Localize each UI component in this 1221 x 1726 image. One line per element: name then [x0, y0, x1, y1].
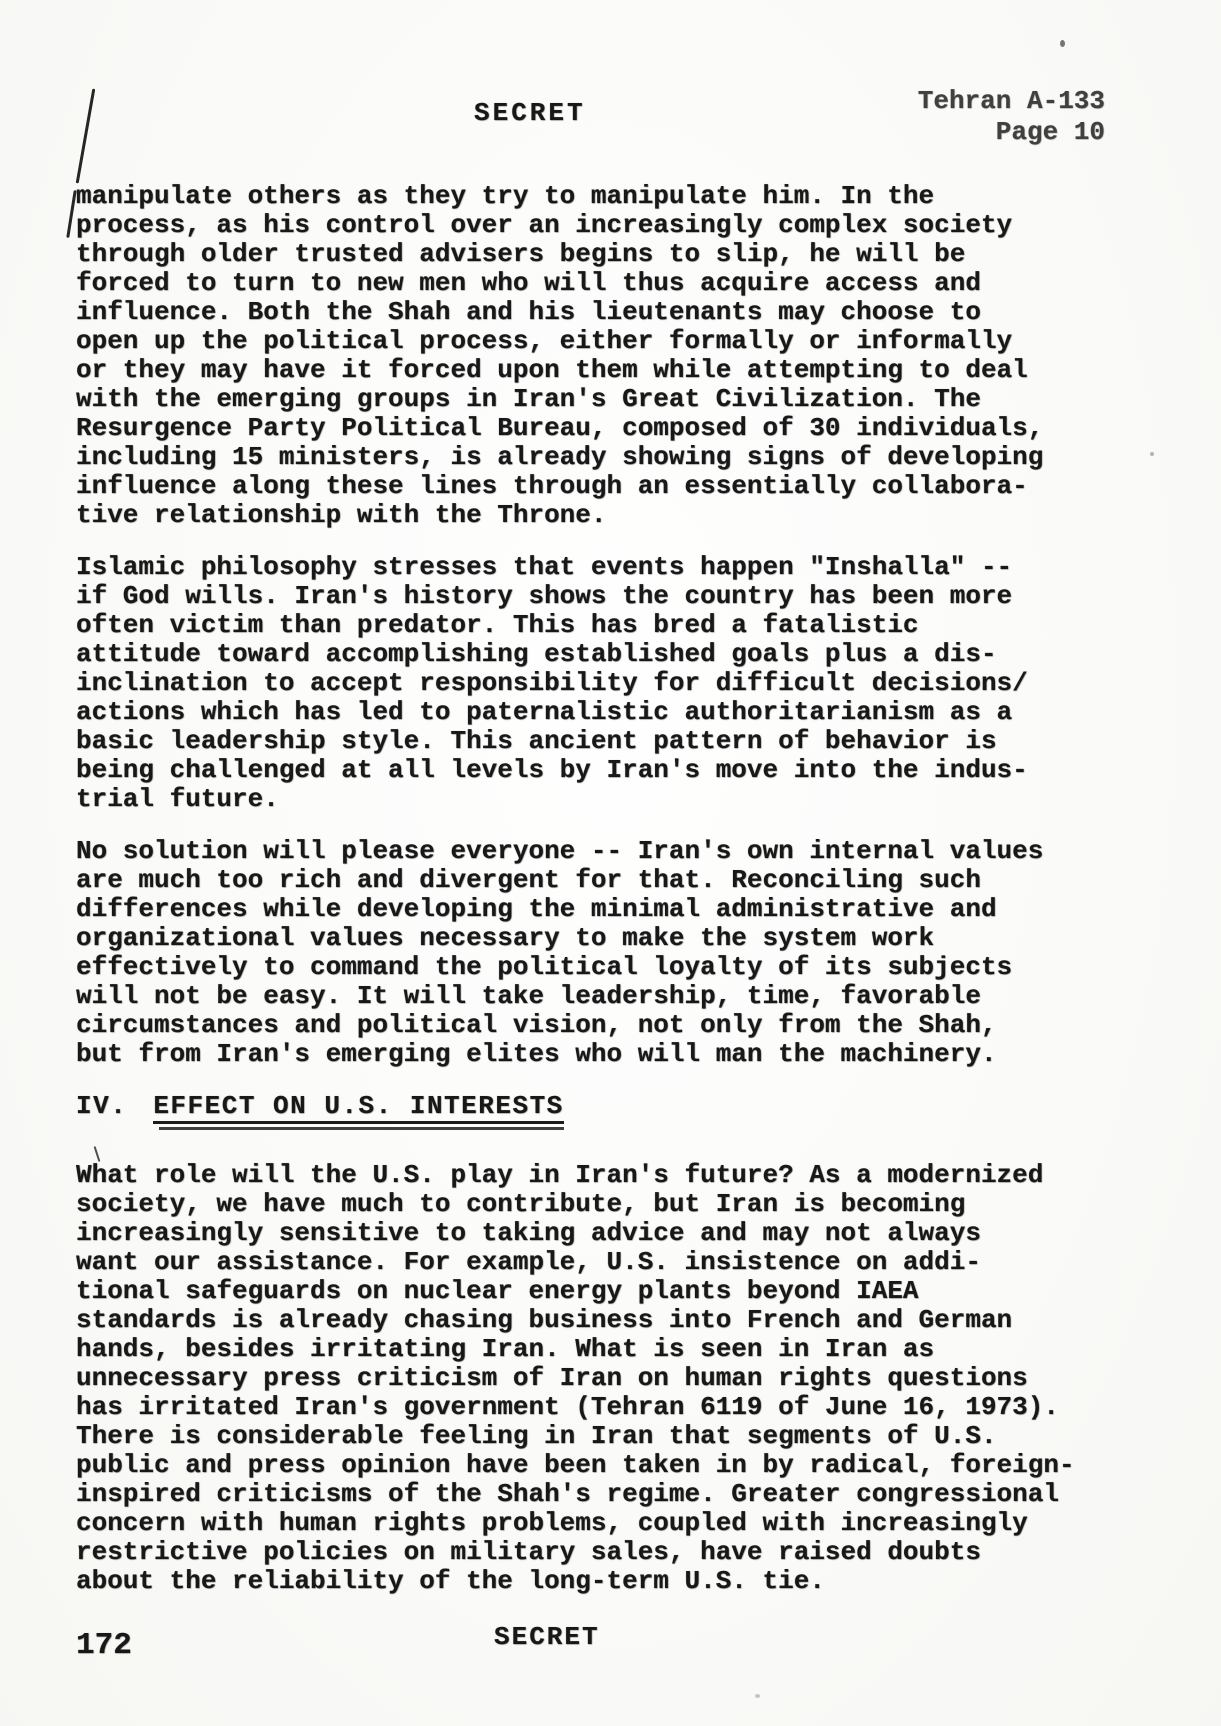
section-heading: IV.EFFECT ON U.S. INTERESTS	[76, 1092, 1160, 1121]
document-body: manipulate others as they try to manipul…	[76, 182, 1160, 1619]
pen-slash-mark-icon	[76, 88, 96, 183]
document-reference-block: Tehran A-133 Page 10	[918, 86, 1105, 148]
paragraph-islamic-philosophy: Islamic philosophy stresses that events …	[76, 553, 1160, 814]
book-page-number: 172	[76, 1628, 132, 1663]
scan-speck-icon	[1060, 40, 1065, 47]
scanned-document-page: SECRET Tehran A-133 Page 10 manipulate o…	[0, 0, 1221, 1726]
classification-header: SECRET	[474, 98, 586, 128]
section-numeral: IV.	[76, 1091, 127, 1121]
page-reference: Page 10	[996, 117, 1105, 147]
classification-footer: SECRET	[494, 1622, 600, 1652]
section-title: EFFECT ON U.S. INTERESTS	[153, 1091, 563, 1130]
paragraph-no-solution: No solution will please everyone -- Iran…	[76, 837, 1160, 1069]
doc-reference: Tehran A-133	[918, 86, 1105, 116]
paragraph-shah-control: manipulate others as they try to manipul…	[76, 182, 1160, 530]
scan-speck-icon	[755, 1694, 760, 1698]
paragraph-us-interests: What role will the U.S. play in Iran's f…	[76, 1161, 1160, 1596]
